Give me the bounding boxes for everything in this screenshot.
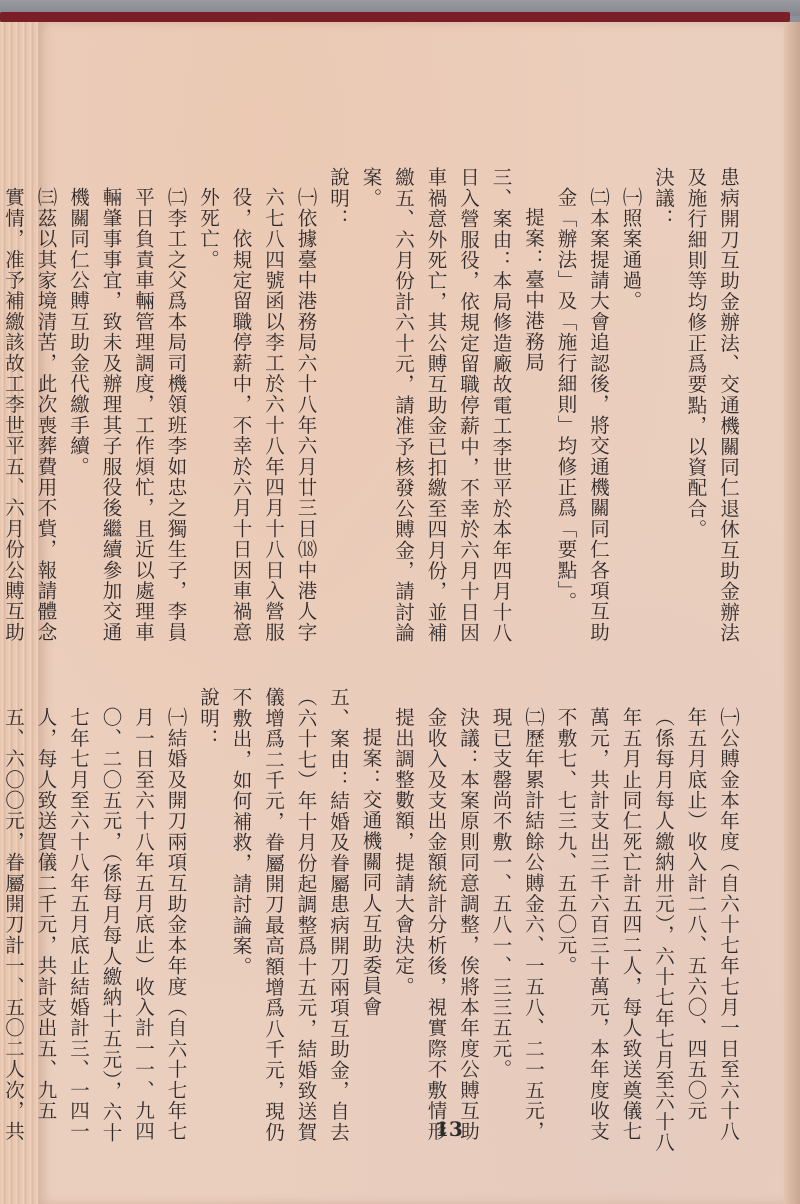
bottom-text-section: ㈠公賻金本年度（自六十七年七月一日至六十八年五月底止）收入計二八、五六〇、四五〇… <box>0 687 744 1157</box>
text-column: ㈡李工之父爲本局司機領班李如忠之獨生子，李員平日負責車輛管理調度，工作煩忙，且近… <box>62 167 192 647</box>
text-column: ㈡歷年累計結餘公賻金六、一五八、二一五元，現已支罄尚不敷一、五八一、三三五元。 <box>484 687 549 1157</box>
page-right-edge <box>782 22 800 1204</box>
text-column: ㈠照案通過。 <box>614 167 647 647</box>
text-column: ㈡本案提請大會追認後，將交通機關同仁各項互助金「辦法」及「施行細則」均修正爲「要… <box>549 167 614 647</box>
proposer-line: 提案：交通機關同人互助委員會 <box>354 687 387 1157</box>
case-three: 三、案由：本局修造廠故電工李世平於本年四月十八日入營服役，依規定留職停薪中，不幸… <box>354 167 517 647</box>
explanation-label: 說明： <box>322 167 355 647</box>
explanation-label: 說明： <box>192 687 225 1157</box>
text-column: ㈢茲以其家境清苦，此次喪葬費用不貲，報請體念實情，准予補繳該故工李世平五、六月份… <box>0 167 62 647</box>
resolution-line: 決議：本案原則同意調整，俟將本年度公賻互助金收入及支出金額統計分析後，視實際不敷… <box>387 687 485 1157</box>
text-column: ㈠結婚及開刀兩項互助金本年度（自六十七年七月一日至六十八年五月底止）收入計一一、… <box>0 687 192 1157</box>
top-text-section: 患病開刀互助金辦法、交通機關同仁退休互助金辦法及施行細則等均修正爲要點，以資配合… <box>0 167 744 647</box>
text-column: 患病開刀互助金辦法、交通機關同仁退休互助金辦法及施行細則等均修正爲要點，以資配合… <box>679 167 744 647</box>
book-page: 患病開刀互助金辦法、交通機關同仁退休互助金辦法及施行細則等均修正爲要點，以資配合… <box>38 22 784 1204</box>
text-column: ㈠依據臺中港務局六十八年六月廿三日⒅中港人字六七八四號函以李工於六十八年四月十八… <box>192 167 322 647</box>
book-cover-edge <box>0 12 790 22</box>
text-column: ㈠公賻金本年度（自六十七年七月一日至六十八年五月底止）收入計二八、五六〇、四五〇… <box>549 687 744 1157</box>
proposer-line: 提案：臺中港務局 <box>517 167 550 647</box>
page-number: 13 <box>435 1117 463 1141</box>
case-five: 五、案由：結婚及眷屬患病開刀兩項互助金，自去（六十七）年十月份起調整爲十五元，結… <box>224 687 354 1157</box>
text-column-resolution-label: 決議： <box>647 167 680 647</box>
